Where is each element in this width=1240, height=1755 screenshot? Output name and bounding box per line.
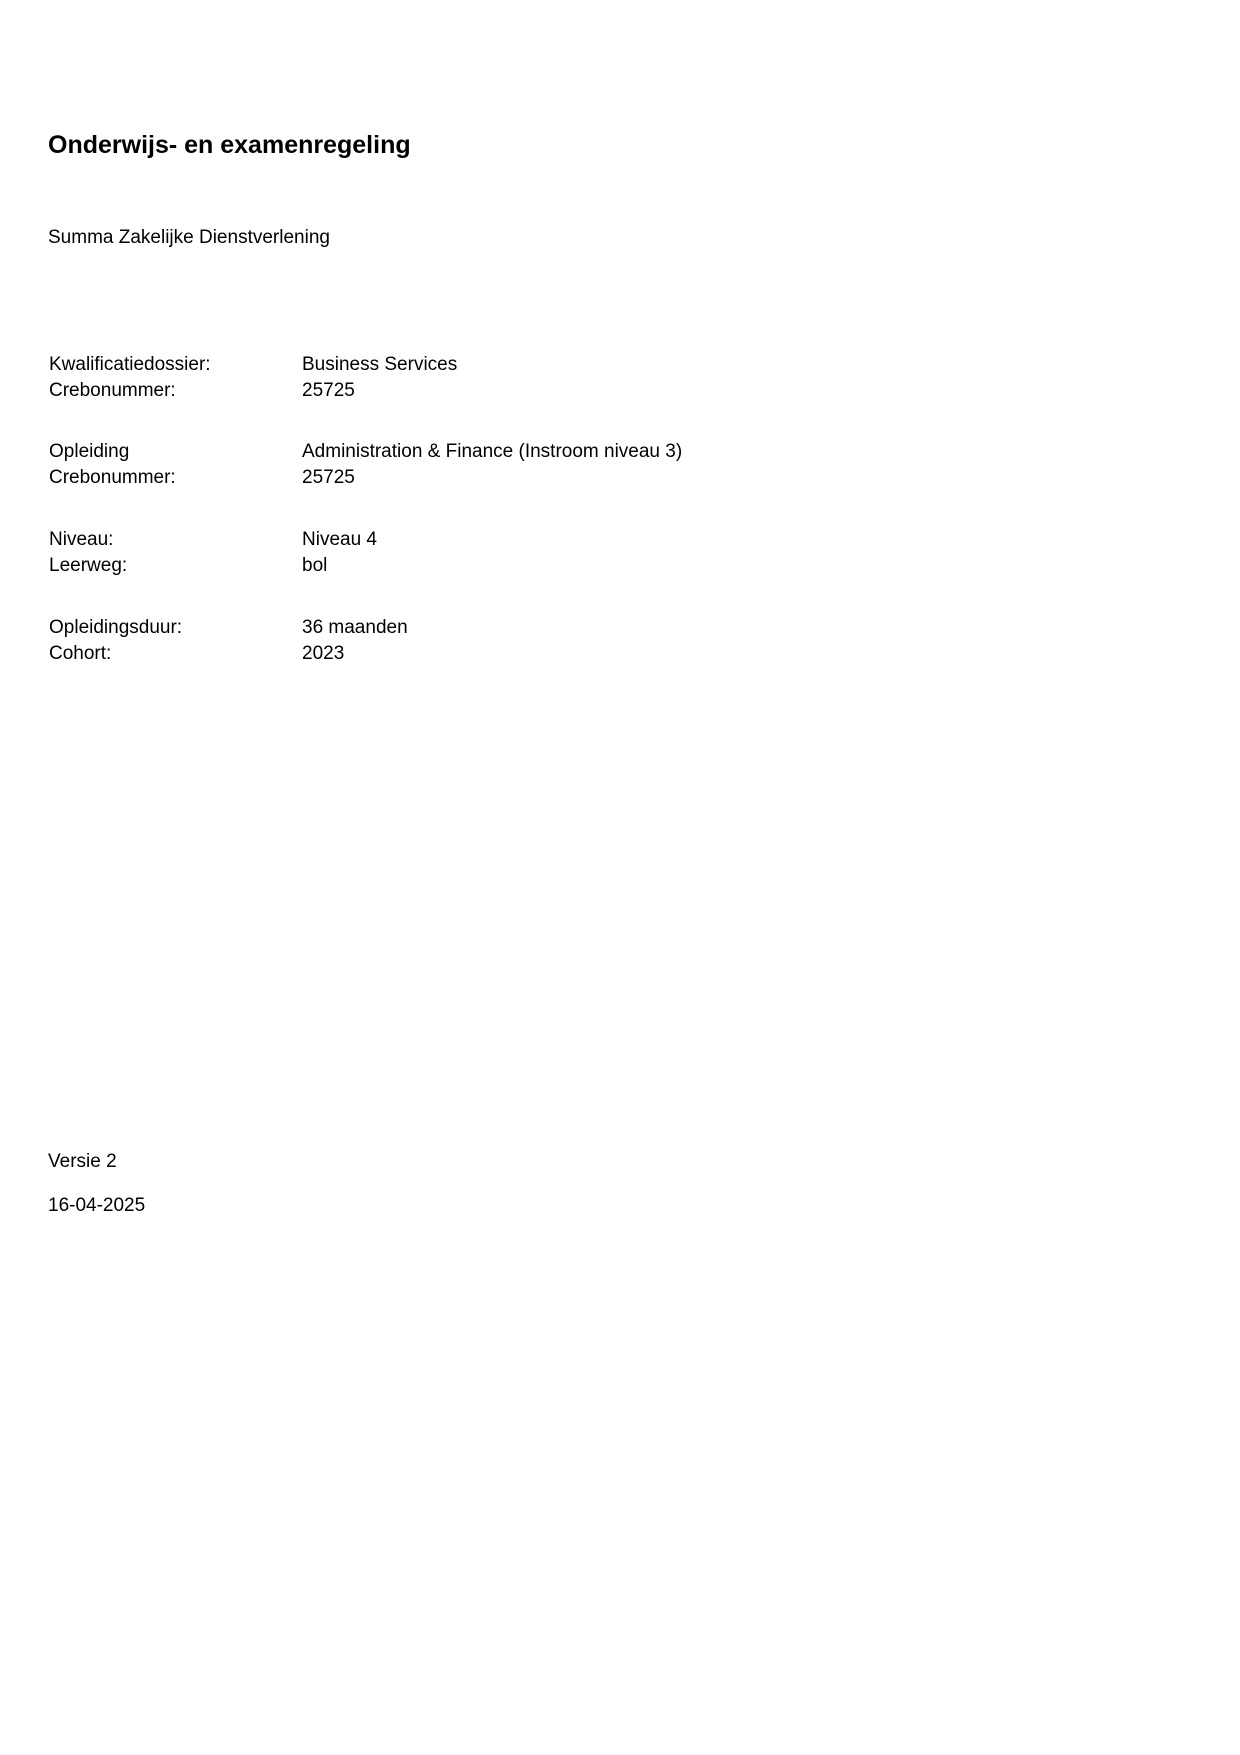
info-row-leerweg: Leerweg: bol: [49, 553, 689, 579]
info-value: Administration & Finance (Instroom nivea…: [302, 439, 689, 465]
institution-name: Summa Zakelijke Dienstverlening: [48, 226, 330, 250]
info-value: bol: [302, 553, 689, 579]
info-label: Kwalificatiedossier:: [49, 352, 302, 378]
document-version: Versie 2: [48, 1150, 117, 1174]
info-row-opleidingsduur: Opleidingsduur: 36 maanden: [49, 615, 689, 641]
spacer: [49, 491, 689, 527]
info-label: Cohort:: [49, 641, 302, 667]
program-info-table: Kwalificatiedossier: Business Services C…: [49, 352, 689, 667]
info-label: Crebonummer:: [49, 378, 302, 404]
spacer: [49, 404, 689, 439]
info-value: Niveau 4: [302, 527, 689, 553]
info-label: Niveau:: [49, 527, 302, 553]
info-row-crebonummer-dossier: Crebonummer: 25725: [49, 378, 689, 404]
info-row-niveau: Niveau: Niveau 4: [49, 527, 689, 553]
info-value: 2023: [302, 641, 689, 667]
info-row-kwalificatiedossier: Kwalificatiedossier: Business Services: [49, 352, 689, 378]
document-date: 16-04-2025: [48, 1194, 145, 1218]
info-label: Opleiding: [49, 439, 302, 465]
info-row-cohort: Cohort: 2023: [49, 641, 689, 667]
info-label: Opleidingsduur:: [49, 615, 302, 641]
spacer: [49, 579, 689, 615]
info-label: Crebonummer:: [49, 465, 302, 491]
info-row-crebonummer-opleiding: Crebonummer: 25725: [49, 465, 689, 491]
info-row-opleiding: Opleiding Administration & Finance (Inst…: [49, 439, 689, 465]
info-value: 25725: [302, 465, 689, 491]
info-value: 25725: [302, 378, 689, 404]
info-value: Business Services: [302, 352, 689, 378]
document-title: Onderwijs- en examenregeling: [48, 130, 411, 160]
info-label: Leerweg:: [49, 553, 302, 579]
info-value: 36 maanden: [302, 615, 689, 641]
